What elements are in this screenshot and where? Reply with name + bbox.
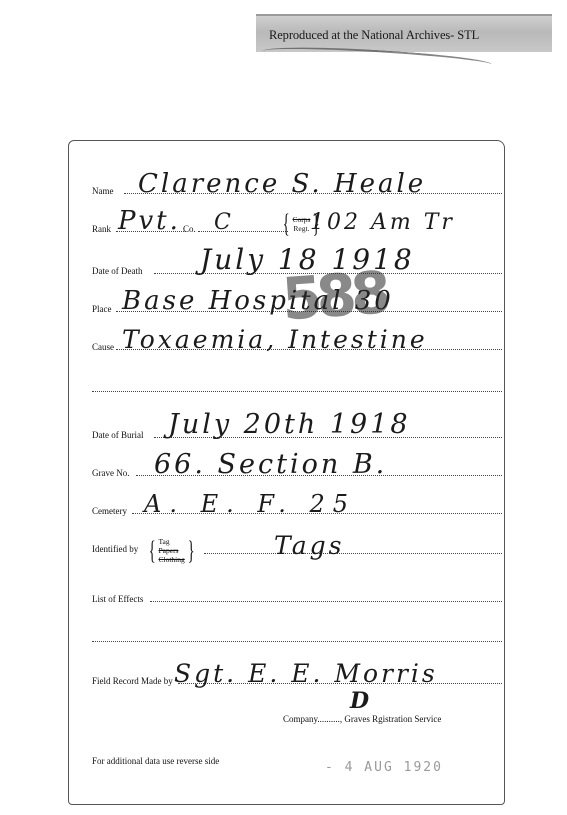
company-label: Co.	[183, 224, 196, 234]
name-label: Name	[92, 186, 114, 196]
reverse-side-note: For additional data use reverse side	[92, 756, 219, 766]
company-mark: D	[350, 688, 369, 714]
rank-value: Pvt.	[118, 208, 181, 234]
received-date-stamp: - 4 AUG 1920	[325, 760, 443, 775]
grave-no-value: 66. Section B.	[154, 451, 387, 478]
grave-no-label: Grave No.	[92, 468, 130, 478]
list-of-effects-row: List of Effects	[92, 584, 502, 604]
grave-no-row: Grave No. 66. Section B.	[92, 458, 502, 478]
archives-banner: Reproduced at the National Archives- STL	[256, 14, 552, 52]
unit-option-corps: Corps	[292, 215, 310, 224]
identification-option-tag: Tag	[158, 537, 169, 546]
banner-text: Reproduced at the National Archives- STL	[269, 28, 479, 43]
identified-by-value: Tags	[274, 533, 344, 558]
cause-label: Cause	[92, 342, 114, 352]
name-value: Clarence S. Heale	[138, 171, 426, 197]
company-dotted-line	[198, 231, 288, 232]
field-record-value: Sgt. E. E. Morris	[174, 661, 438, 686]
identification-option-clothing: Clothing	[158, 555, 184, 564]
field-record-label: Field Record Made by	[92, 676, 173, 686]
list-of-effects-dotted-line	[150, 601, 502, 602]
identification-options: {TagPapersClothing}	[146, 537, 197, 564]
name-row: Name Clarence S. Heale	[92, 176, 502, 196]
rank-row: Rank Pvt. Co. C {CorpsRegt.} 102 Am Tr	[92, 214, 502, 234]
field-record-row: Field Record Made by Sgt. E. E. Morris	[92, 666, 502, 686]
cemetery-row: Cemetery A. E. F. 25	[92, 496, 502, 516]
cause-continuation-dotted-line	[92, 391, 502, 392]
unit-value: 102 Am Tr	[310, 212, 455, 234]
list-of-effects-label: List of Effects	[92, 594, 143, 604]
identified-by-label: Identified by	[92, 544, 138, 554]
effects-continuation-row	[92, 624, 502, 644]
identified-by-row: Identified by {TagPapersClothing} Tags	[92, 538, 502, 558]
registration-stamp-number: 588	[280, 258, 388, 333]
cause-value: Toxaemia, Intestine	[122, 327, 428, 352]
identification-option-papers: Papers	[158, 546, 178, 555]
unit-option-regt: Regt.	[293, 224, 309, 233]
identified-by-dotted-line	[204, 553, 502, 554]
cemetery-value: A. E. F. 25	[144, 492, 356, 516]
date-of-burial-value: July 20th 1918	[168, 411, 411, 438]
date-of-burial-label: Date of Burial	[92, 430, 143, 440]
date-of-death-label: Date of Death	[92, 266, 142, 276]
cause-continuation-row	[92, 374, 502, 394]
effects-continuation-dotted-line	[92, 641, 502, 642]
rank-label: Rank	[92, 224, 111, 234]
company-graves-registration-line: Company.........., Graves Rgistration Se…	[283, 714, 441, 724]
cause-row: Cause Toxaemia, Intestine	[92, 332, 502, 352]
place-label: Place	[92, 304, 112, 314]
company-value: C	[214, 212, 234, 234]
cemetery-label: Cemetery	[92, 506, 127, 516]
date-of-burial-row: Date of Burial July 20th 1918	[92, 420, 502, 440]
